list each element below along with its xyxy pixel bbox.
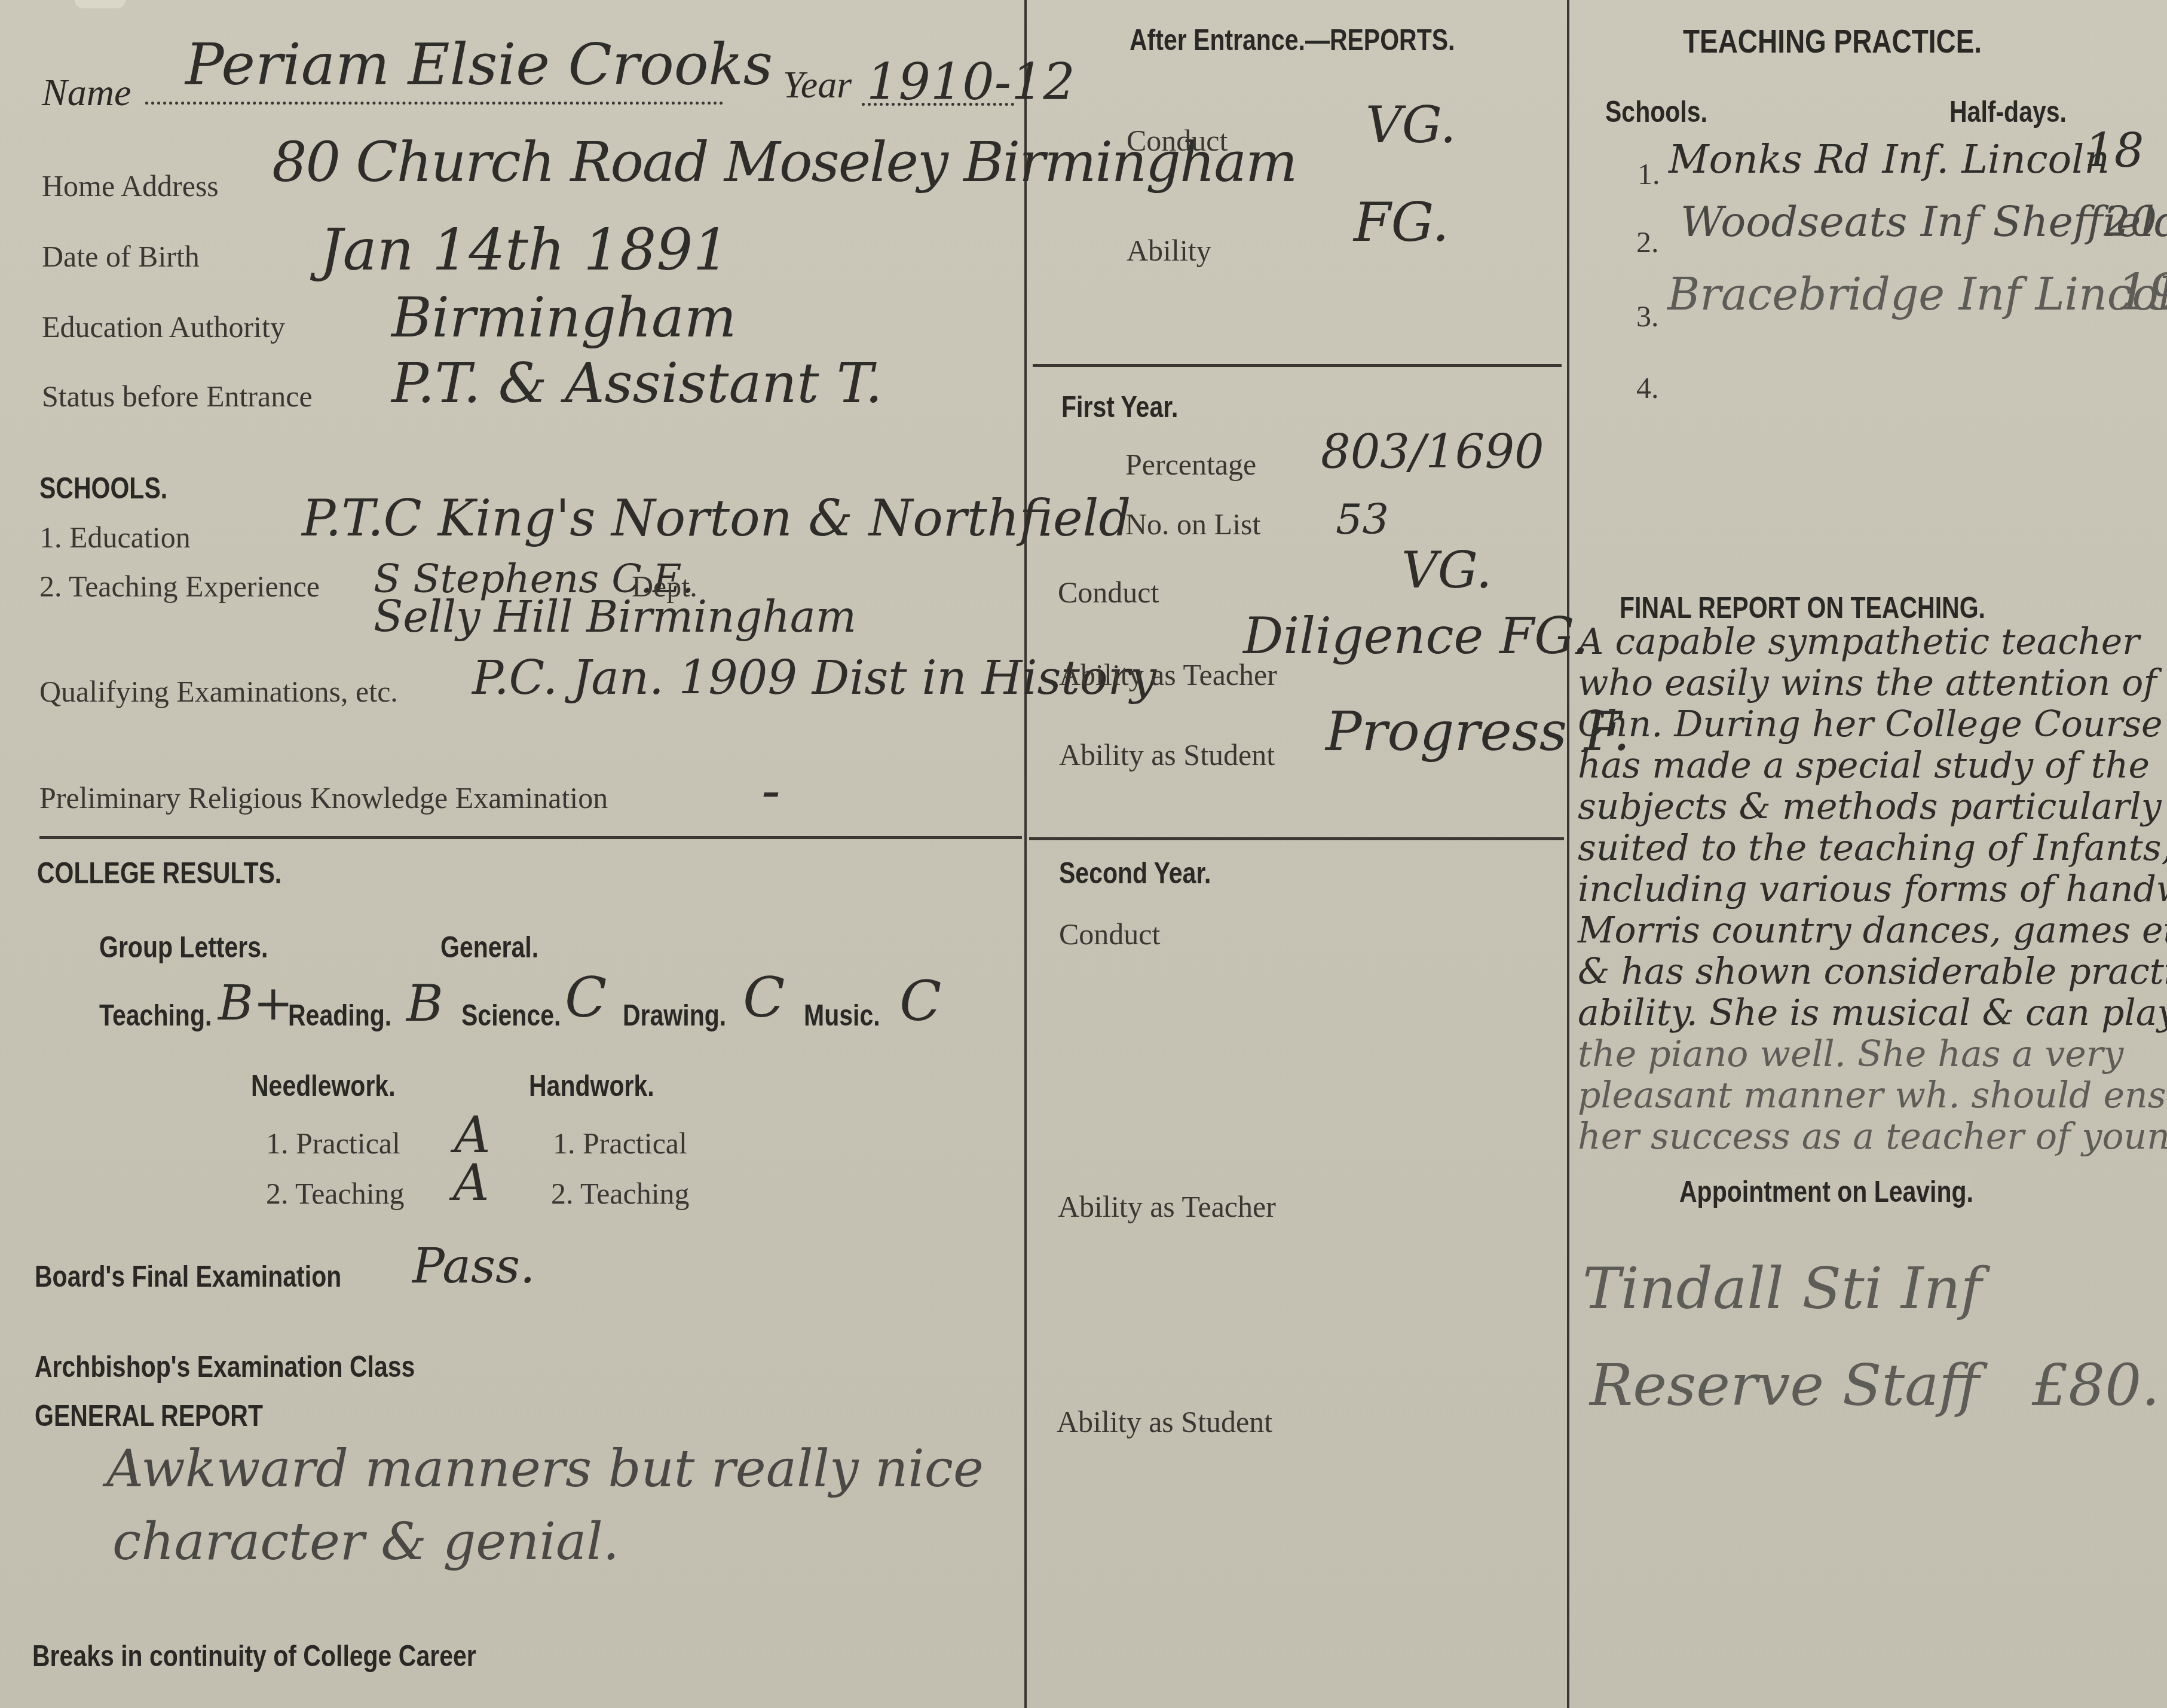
education-authority-value: Birmingham [391, 286, 736, 350]
second-year-heading: Second Year. [1059, 856, 1211, 890]
first-year-percentage-label: Percentage [1125, 447, 1256, 482]
tp-halfdays-label: Half-days. [1949, 94, 2067, 129]
final-report-line: suited to the teaching of Infants, [1578, 828, 2163, 869]
tp-entry-1-num: 1. [1638, 157, 1660, 191]
after-entrance-conduct-value: VG. [1366, 96, 1456, 154]
grade-music-value: C [899, 969, 941, 1033]
dob-value: Jan 14th 1891 [320, 216, 729, 283]
boards-final-label: Board's Final Examination [35, 1259, 341, 1294]
dob-label: Date of Birth [42, 239, 200, 274]
after-entrance-ability-value: FG. [1354, 191, 1449, 254]
group-letters-label: Group Letters. [99, 930, 268, 965]
grade-drawing-label: Drawing. [623, 998, 726, 1033]
final-report-line: including various forms of handwork [1578, 869, 2163, 910]
appointment-salary: £80. [2032, 1352, 2160, 1419]
qualifying-exams-value: P.C. Jan. 1909 Dist in History [472, 651, 1156, 705]
final-report-line: pleasant manner wh. should ensure [1578, 1075, 2163, 1116]
archbishop-label: Archbishop's Examination Class [35, 1349, 415, 1384]
needlework-heading: Needlework. [251, 1069, 396, 1103]
tp-entry-1-halfdays: 18 [2085, 124, 2144, 178]
year-value: 1910-12 [867, 53, 1075, 111]
religious-knowledge-label: Preliminary Religious Knowledge Examinat… [39, 780, 608, 815]
general-report-heading: GENERAL REPORT [35, 1398, 263, 1433]
grade-reading-value: B [406, 974, 443, 1033]
tp-entry-3-num: 3. [1636, 299, 1659, 333]
needlework-teaching-label: 2. Teaching [266, 1176, 405, 1211]
final-report-line: Chn. During her College Course she [1578, 704, 2163, 745]
second-year-student-label: Ability as Student [1057, 1404, 1272, 1439]
year-label: Year [783, 63, 852, 107]
first-year-student-label: Ability as Student [1059, 737, 1275, 772]
divider-left-middle [1024, 0, 1027, 1708]
first-year-teacher-value: Diligence FG. [1243, 607, 1588, 665]
second-year-teacher-label: Ability as Teacher [1058, 1189, 1276, 1224]
grade-reading-label: Reading. [288, 998, 391, 1033]
final-report-line: subjects & methods particularly [1578, 786, 2163, 828]
torn-corner [75, 0, 126, 8]
tp-schools-label: Schools. [1605, 94, 1707, 129]
grade-drawing-value: C [743, 966, 785, 1030]
first-year-no-on-list-label: No. on List [1125, 507, 1260, 541]
first-year-heading: First Year. [1061, 390, 1178, 424]
name-underline [145, 102, 723, 105]
general-label: General. [440, 930, 538, 965]
tp-entry-4-num: 4. [1636, 371, 1659, 405]
tp-entry-3-halfdays: 19 [2117, 263, 2167, 322]
status-before-entrance-value: P.T. & Assistant T. [391, 351, 883, 415]
appointment-heading: Appointment on Leaving. [1679, 1174, 1973, 1209]
handwork-practical-label: 1. Practical [553, 1126, 687, 1161]
schools-heading: SCHOOLS. [39, 471, 167, 506]
tp-entry-2-school: Woodseats Inf Sheffield [1681, 197, 2167, 246]
general-report-line1: Awkward manners but really nice [106, 1439, 984, 1499]
tp-entry-3-school: Bracebridge Inf Lincoln [1667, 269, 2167, 320]
grade-teaching-label: Teaching. [99, 998, 212, 1033]
name-value: Periam Elsie Crooks [185, 31, 773, 98]
grade-music-label: Music. [804, 998, 880, 1033]
divider-first-second-year [1029, 837, 1564, 840]
needlework-practical-label: 1. Practical [266, 1126, 400, 1161]
college-results-heading: COLLEGE RESULTS. [37, 856, 281, 890]
after-entrance-ability-label: Ability [1127, 233, 1211, 268]
appointment-line1: Tindall Sti Inf [1583, 1255, 1982, 1322]
home-address-label: Home Address [42, 169, 219, 203]
after-entrance-heading: After Entrance.—REPORTS. [1130, 23, 1455, 57]
grade-science-label: Science. [461, 998, 561, 1033]
needlework-teaching-value: A [453, 1153, 489, 1212]
first-year-no-on-list-value: 53 [1336, 495, 1389, 544]
grade-teaching-value: B+ [218, 975, 293, 1031]
teaching-experience-label: 2. Teaching Experience [39, 569, 320, 604]
final-report-line: Morris country dances, games etc. [1578, 910, 2163, 951]
qualifying-exams-label: Qualifying Examinations, etc. [39, 674, 398, 709]
appointment-line2: Reserve Staff [1590, 1352, 1979, 1419]
final-report-heading: FINAL REPORT ON TEACHING. [1620, 590, 1985, 625]
final-report-line: the piano well. She has a very [1578, 1034, 2163, 1075]
teaching-experience-value-line2: Selly Hill Birmingham [374, 592, 856, 642]
final-report-line: & has shown considerable practical [1578, 951, 2163, 993]
breaks-label: Breaks in continuity of College Career [32, 1639, 476, 1673]
divider-after-entrance [1033, 364, 1562, 367]
first-year-conduct-label: Conduct [1058, 575, 1159, 610]
final-report-line: her success as a teacher of young Chn. [1578, 1116, 2163, 1158]
handwork-heading: Handwork. [529, 1069, 654, 1103]
handwork-teaching-label: 2. Teaching [551, 1176, 690, 1211]
general-report-line2: character & genial. [112, 1512, 619, 1572]
status-before-entrance-label: Status before Entrance [42, 379, 313, 414]
final-report-line: has made a special study of the [1578, 745, 2163, 786]
name-label: Name [42, 71, 131, 115]
education-authority-label: Education Authority [42, 310, 285, 344]
tp-entry-2-halfdays: 20 [2104, 197, 2157, 246]
divider-schools-college [39, 836, 1022, 839]
first-year-conduct-value: VG. [1401, 541, 1492, 599]
tp-entry-1-school: Monks Rd Inf. Lincoln [1669, 136, 2110, 182]
second-year-conduct-label: Conduct [1059, 917, 1160, 951]
final-report-line: ability. She is musical & can play [1578, 993, 2163, 1034]
final-report-line: A capable sympathetic teacher [1578, 622, 2163, 663]
education-label: 1. Education [39, 520, 191, 555]
boards-final-value: Pass. [412, 1238, 535, 1294]
education-value: P.T.C King's Norton & Northfield [302, 489, 1131, 547]
final-report-text: A capable sympathetic teacherwho easily … [1578, 622, 2163, 1158]
religious-knowledge-value: – [762, 771, 780, 813]
final-report-line: who easily wins the attention of the [1578, 663, 2163, 704]
teaching-practice-heading: TEACHING PRACTICE. [1683, 22, 1982, 60]
grade-science-value: C [565, 966, 607, 1030]
tp-entry-2-num: 2. [1636, 225, 1659, 259]
first-year-percentage-value: 803/1690 [1321, 426, 1544, 479]
after-entrance-conduct-label: Conduct [1127, 123, 1228, 158]
divider-middle-right [1567, 0, 1569, 1708]
